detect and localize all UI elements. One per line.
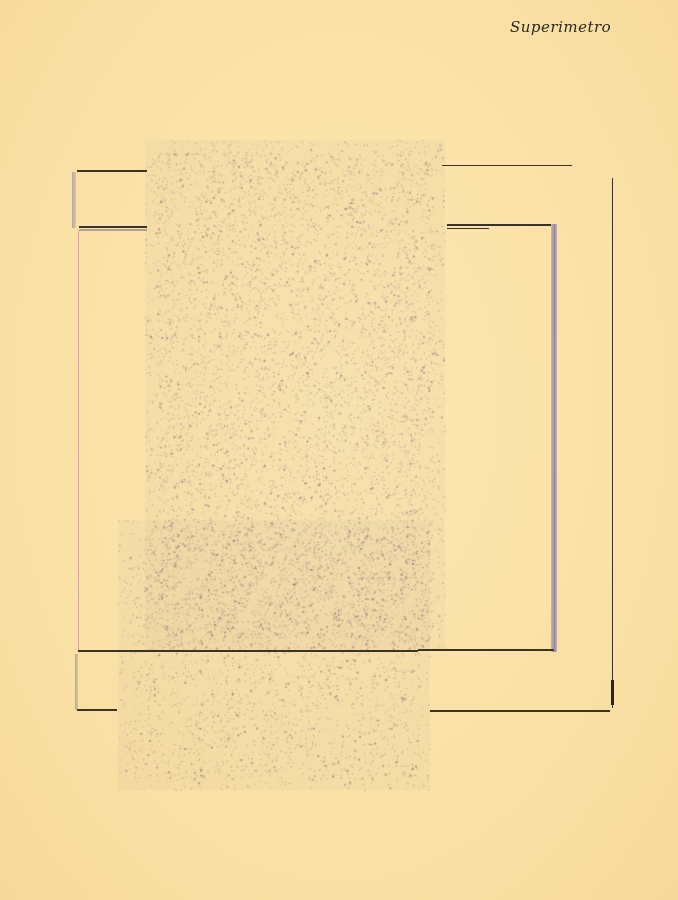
frame-line [612,178,613,708]
artwork-paper: Superimetro [0,0,678,900]
frame-shadow [72,172,76,228]
frame-shadow [79,229,147,231]
title-inscription: Superimetro [510,18,611,36]
frame-line [77,709,117,711]
frame-line [78,650,418,652]
frame-line [418,649,554,651]
frame-line [77,170,147,172]
speckle-texture [0,0,678,900]
frame-line [79,226,147,228]
frame-line [611,680,614,705]
frame-line [442,165,572,166]
frame-line [447,228,489,229]
frame-line [430,710,610,712]
frame-shadow [551,224,557,652]
frame-edge [78,231,79,651]
frame-shadow [75,654,78,710]
frame-line [447,224,555,226]
